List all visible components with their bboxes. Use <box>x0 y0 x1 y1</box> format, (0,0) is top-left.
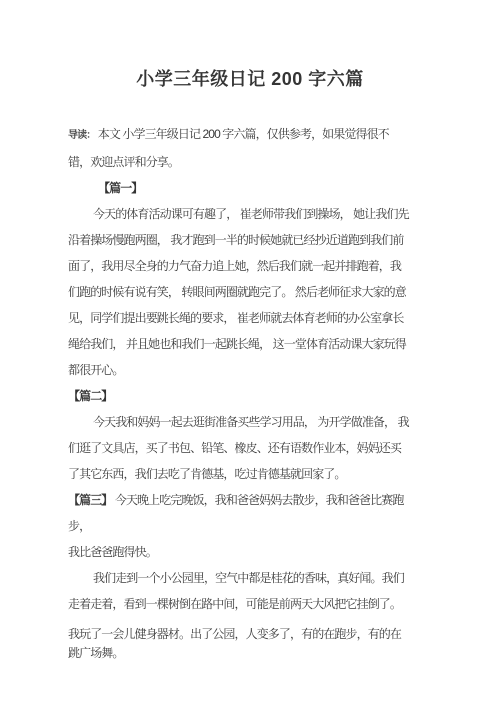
document-page: 小学三年级日记 200 字六篇 导读： 本文 小学三年级日记 200 字六篇，仅… <box>0 0 500 708</box>
section-3-body-1: 今天晚上吃完晚饭，我和爸爸妈妈去散步，我和爸爸比赛跑步， 我比爸爸跑得快。 <box>68 493 403 559</box>
section-3-paragraph-1: 【篇三】 今天晚上吃完晚饭，我和爸爸妈妈去散步，我和爸爸比赛跑步， 我比爸爸跑得… <box>68 487 410 565</box>
intro-paragraph: 导读： 本文 小学三年级日记 200 字六篇，仅供参考，如果觉得很不 错，欢迎点… <box>68 121 410 175</box>
section-3-paragraph-2: 我们走到一个小公园里，空气中都是桂花的香味，真好闻。我们 走着走着，看到一棵树倒… <box>68 565 410 617</box>
section-1-heading: 【篇一】 <box>68 175 410 201</box>
page-title: 小学三年级日记 200 字六篇 <box>0 68 500 90</box>
intro-text: 本文 小学三年级日记 200 字六篇，仅供参考，如果觉得很不 错，欢迎点评和分享… <box>68 127 389 169</box>
section-2-body: 今天我和妈妈一起去逛街准备买些学习用品， 为开学做准备， 我 们逛了文具店，买了… <box>68 409 410 487</box>
section-3-heading: 【篇三】 <box>68 493 112 507</box>
section-2-heading: 【篇二】 <box>68 383 410 409</box>
intro-label: 导读： <box>68 130 95 141</box>
section-1-body: 今天的体育活动课可有趣了， 崔老师带我们到操场， 她让我们先 沿着操场慢跑两圈，… <box>68 201 410 383</box>
section-3-paragraph-3: 我玩了一会儿健身器材。出了公园，人变多了，有的在跑步，有的在 跳广场舞。 <box>68 617 410 663</box>
